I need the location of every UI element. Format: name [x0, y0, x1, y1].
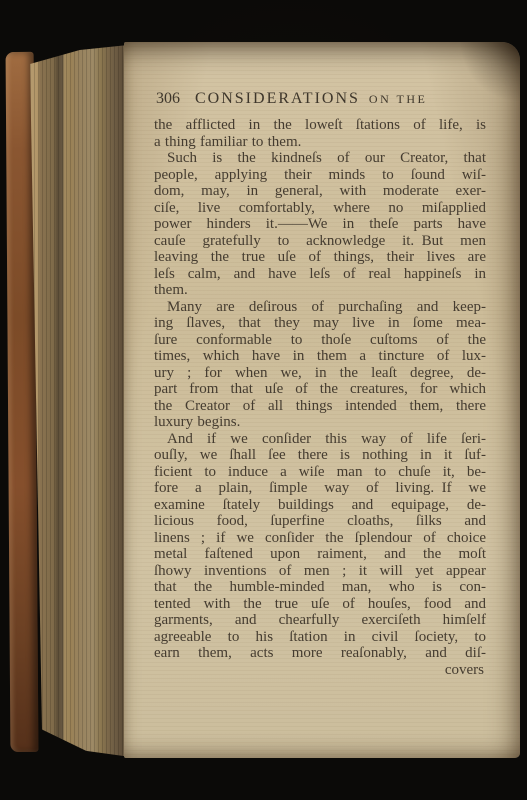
text-line: fore a plain, ſimple way of living. If w…	[154, 480, 486, 497]
text-line: ing ſlaves, that they may live in ſome m…	[154, 315, 486, 332]
running-header: 306 CONSIDERATIONS ON THE	[156, 90, 486, 108]
text-line: the afflicted in the loweſt ſtations of …	[154, 117, 486, 134]
text-line: examine ſtately buildings and equipage, …	[154, 497, 486, 514]
body-text: the afflicted in the loweſt ſtations of …	[154, 117, 486, 662]
text-line: Many are deſirous of purchaſing and keep…	[154, 299, 486, 316]
text-line: power hinders it.——We in theſe parts hav…	[154, 216, 486, 233]
book: 306 CONSIDERATIONS ON THE the afflicted …	[6, 40, 516, 762]
text-line: licious food, ſuperfine cloaths, ſilks a…	[154, 513, 486, 530]
text-line: times, which have in them a tincture of …	[154, 348, 486, 365]
text-line: ouſly, we ſhall ſee there is nothing in …	[154, 447, 486, 464]
text-line: ciſe, live comfortably, where no miſappl…	[154, 200, 486, 217]
book-page: 306 CONSIDERATIONS ON THE the afflicted …	[124, 42, 520, 758]
text-line: ſhowy inventions of men ; it will yet ap…	[154, 563, 486, 580]
running-title-suffix: ON THE	[369, 92, 427, 107]
text-line: ſure conformable to thoſe cuſtoms of the	[154, 332, 486, 349]
text-line: cauſe gratefully to acknowledge it. But …	[154, 233, 486, 250]
text-line: And if we conſider this way of life ſeri…	[154, 431, 486, 448]
text-line: people, applying their minds to ſound wi…	[154, 167, 486, 184]
page-number: 306	[156, 90, 180, 108]
text-line: garments, and chearfully exerciſeth himſ…	[154, 612, 486, 629]
text-line: metal faſtened upon raiment, and the moſ…	[154, 546, 486, 563]
catchword: covers	[154, 662, 486, 679]
text-line: agreeable to his ſtation in civil ſociet…	[154, 629, 486, 646]
text-line: dom, may, in general, with moderate exer…	[154, 183, 486, 200]
text-line: tented with the true uſe of houſes, food…	[154, 596, 486, 613]
text-line: them.	[154, 282, 486, 299]
running-title: CONSIDERATIONS	[195, 90, 360, 108]
text-line: a thing familiar to them.	[154, 134, 486, 151]
text-line: the Creator of all things intended them,…	[154, 398, 486, 415]
text-line: ury ; for when we, in the leaſt degree, …	[154, 365, 486, 382]
page-content: 306 CONSIDERATIONS ON THE the afflicted …	[124, 42, 520, 758]
text-line: that the humble-minded man, who is con-	[154, 579, 486, 596]
text-line: earn them, acts more reaſonably, and diſ…	[154, 645, 486, 662]
text-line: ficient to induce a wiſe man to chuſe it…	[154, 464, 486, 481]
text-line: luxury begins.	[154, 414, 486, 431]
text-line: leſs calm, and have leſs of real happine…	[154, 266, 486, 283]
text-line: linens ; if we conſider the ſplendour of…	[154, 530, 486, 547]
text-line: leaving the true uſe of things, their li…	[154, 249, 486, 266]
photo-backdrop: 306 CONSIDERATIONS ON THE the afflicted …	[0, 0, 527, 800]
text-line: part from that uſe of the creatures, for…	[154, 381, 486, 398]
text-line: Such is the kindneſs of our Creator, tha…	[154, 150, 486, 167]
page-edges-stack	[30, 44, 138, 758]
